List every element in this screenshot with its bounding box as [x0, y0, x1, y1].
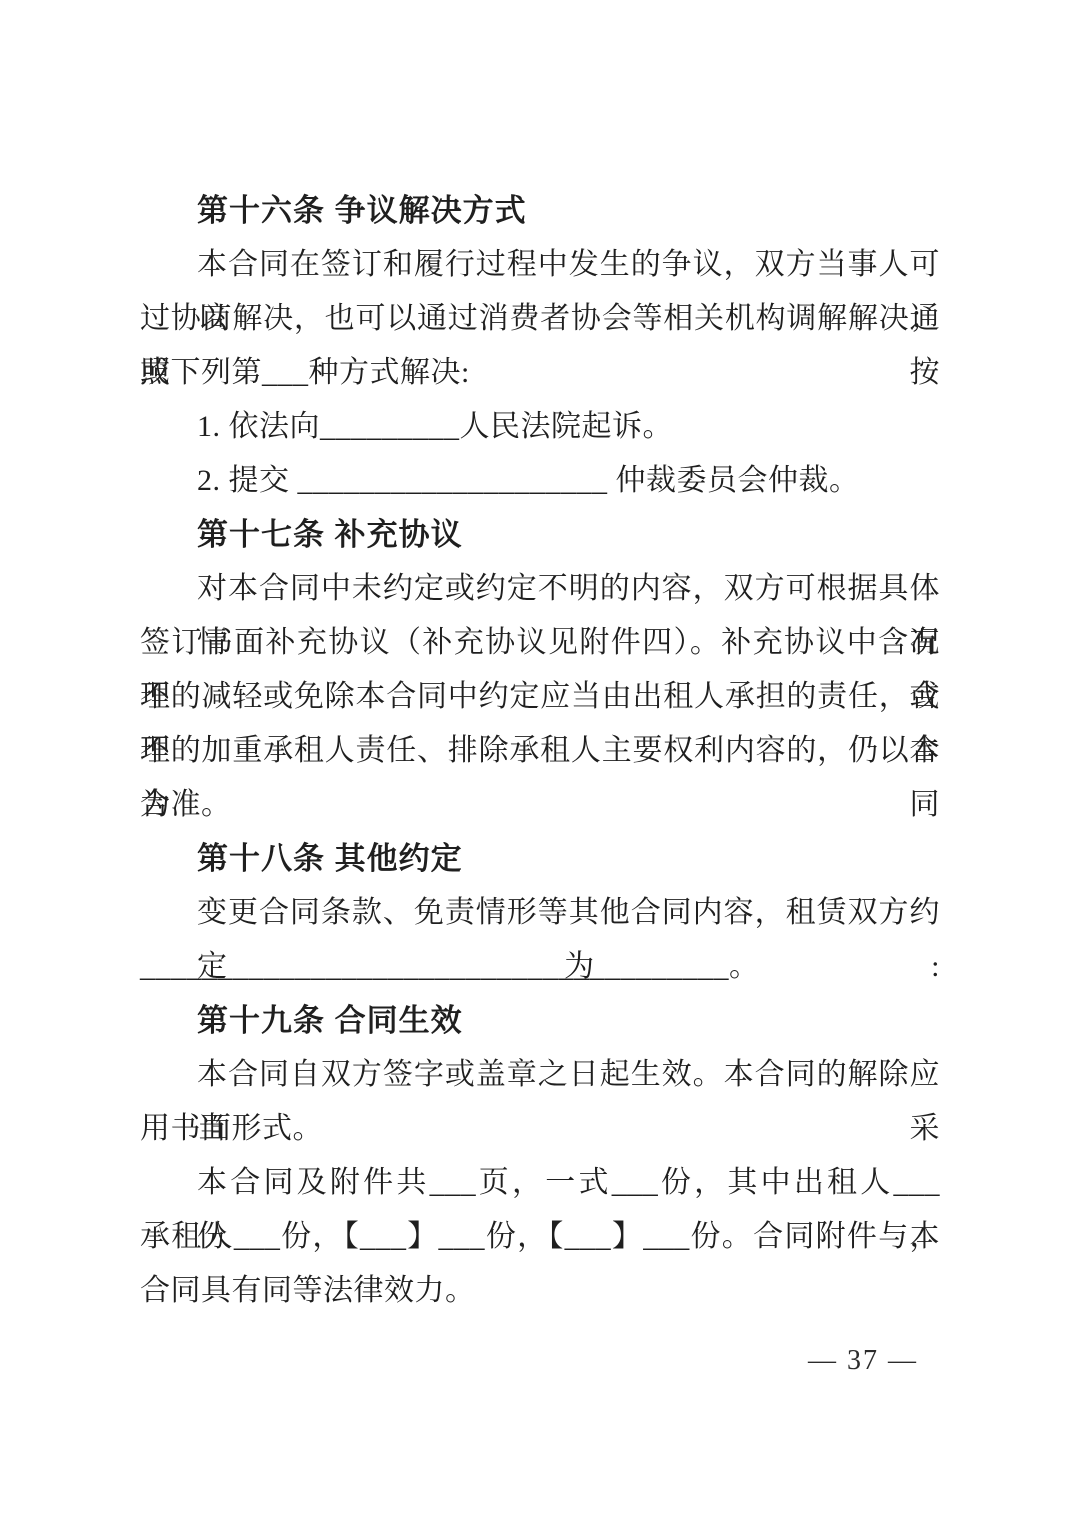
copies-count-line: 承租人___份，【___】___份，【___】___份。合同附件与本 — [140, 1210, 940, 1264]
article-19-body-line: 合同具有同等法律效力。 — [140, 1264, 940, 1318]
article-17-body-line: 理的加重承租人责任、排除承租人主要权利内容的，仍以本合同 — [140, 724, 940, 778]
article-17-heading: 第十七条 补充协议 — [140, 508, 940, 562]
article-17-body-line: 签订书面补充协议（补充协议见附件四）。补充协议中含有不合 — [140, 616, 940, 670]
article-18-heading: 第十八条 其他约定 — [140, 832, 940, 886]
article-17-body-line: 理的减轻或免除本合同中约定应当由出租人承担的责任，或不合 — [140, 670, 940, 724]
contract-text-block: 第十六条 争议解决方式 本合同在签订和履行过程中发生的争议，双方当事人可以通 过… — [140, 184, 940, 1318]
option-2-arbitration-line: 2. 提交 ____________________ 仲裁委员会仲裁。 — [140, 454, 940, 508]
article-18-body-line: 变更合同条款、免责情形等其他合同内容，租赁双方约定为: — [140, 886, 940, 940]
option-1-court-line: 1. 依法向_________人民法院起诉。 — [140, 400, 940, 454]
contract-document-page: 第十六条 争议解决方式 本合同在签订和履行过程中发生的争议，双方当事人可以通 过… — [0, 0, 1080, 1528]
article-16-body-line: 过协商解决，也可以通过消费者协会等相关机构调解解决；或按 — [140, 292, 940, 346]
article-17-body-line: 对本合同中未约定或约定不明的内容，双方可根据具体情况 — [140, 562, 940, 616]
page-number: — 37 — — [808, 1345, 918, 1377]
article-16-heading: 第十六条 争议解决方式 — [140, 184, 940, 238]
article-19-heading: 第十九条 合同生效 — [140, 994, 940, 1048]
article-19-body-line: 本合同自双方签字或盖章之日起生效。本合同的解除应当采 — [140, 1048, 940, 1102]
article-16-body-line: 本合同在签订和履行过程中发生的争议，双方当事人可以通 — [140, 238, 940, 292]
copies-count-line: 本合同及附件共___页，一式___份，其中出租人___份， — [140, 1156, 940, 1210]
